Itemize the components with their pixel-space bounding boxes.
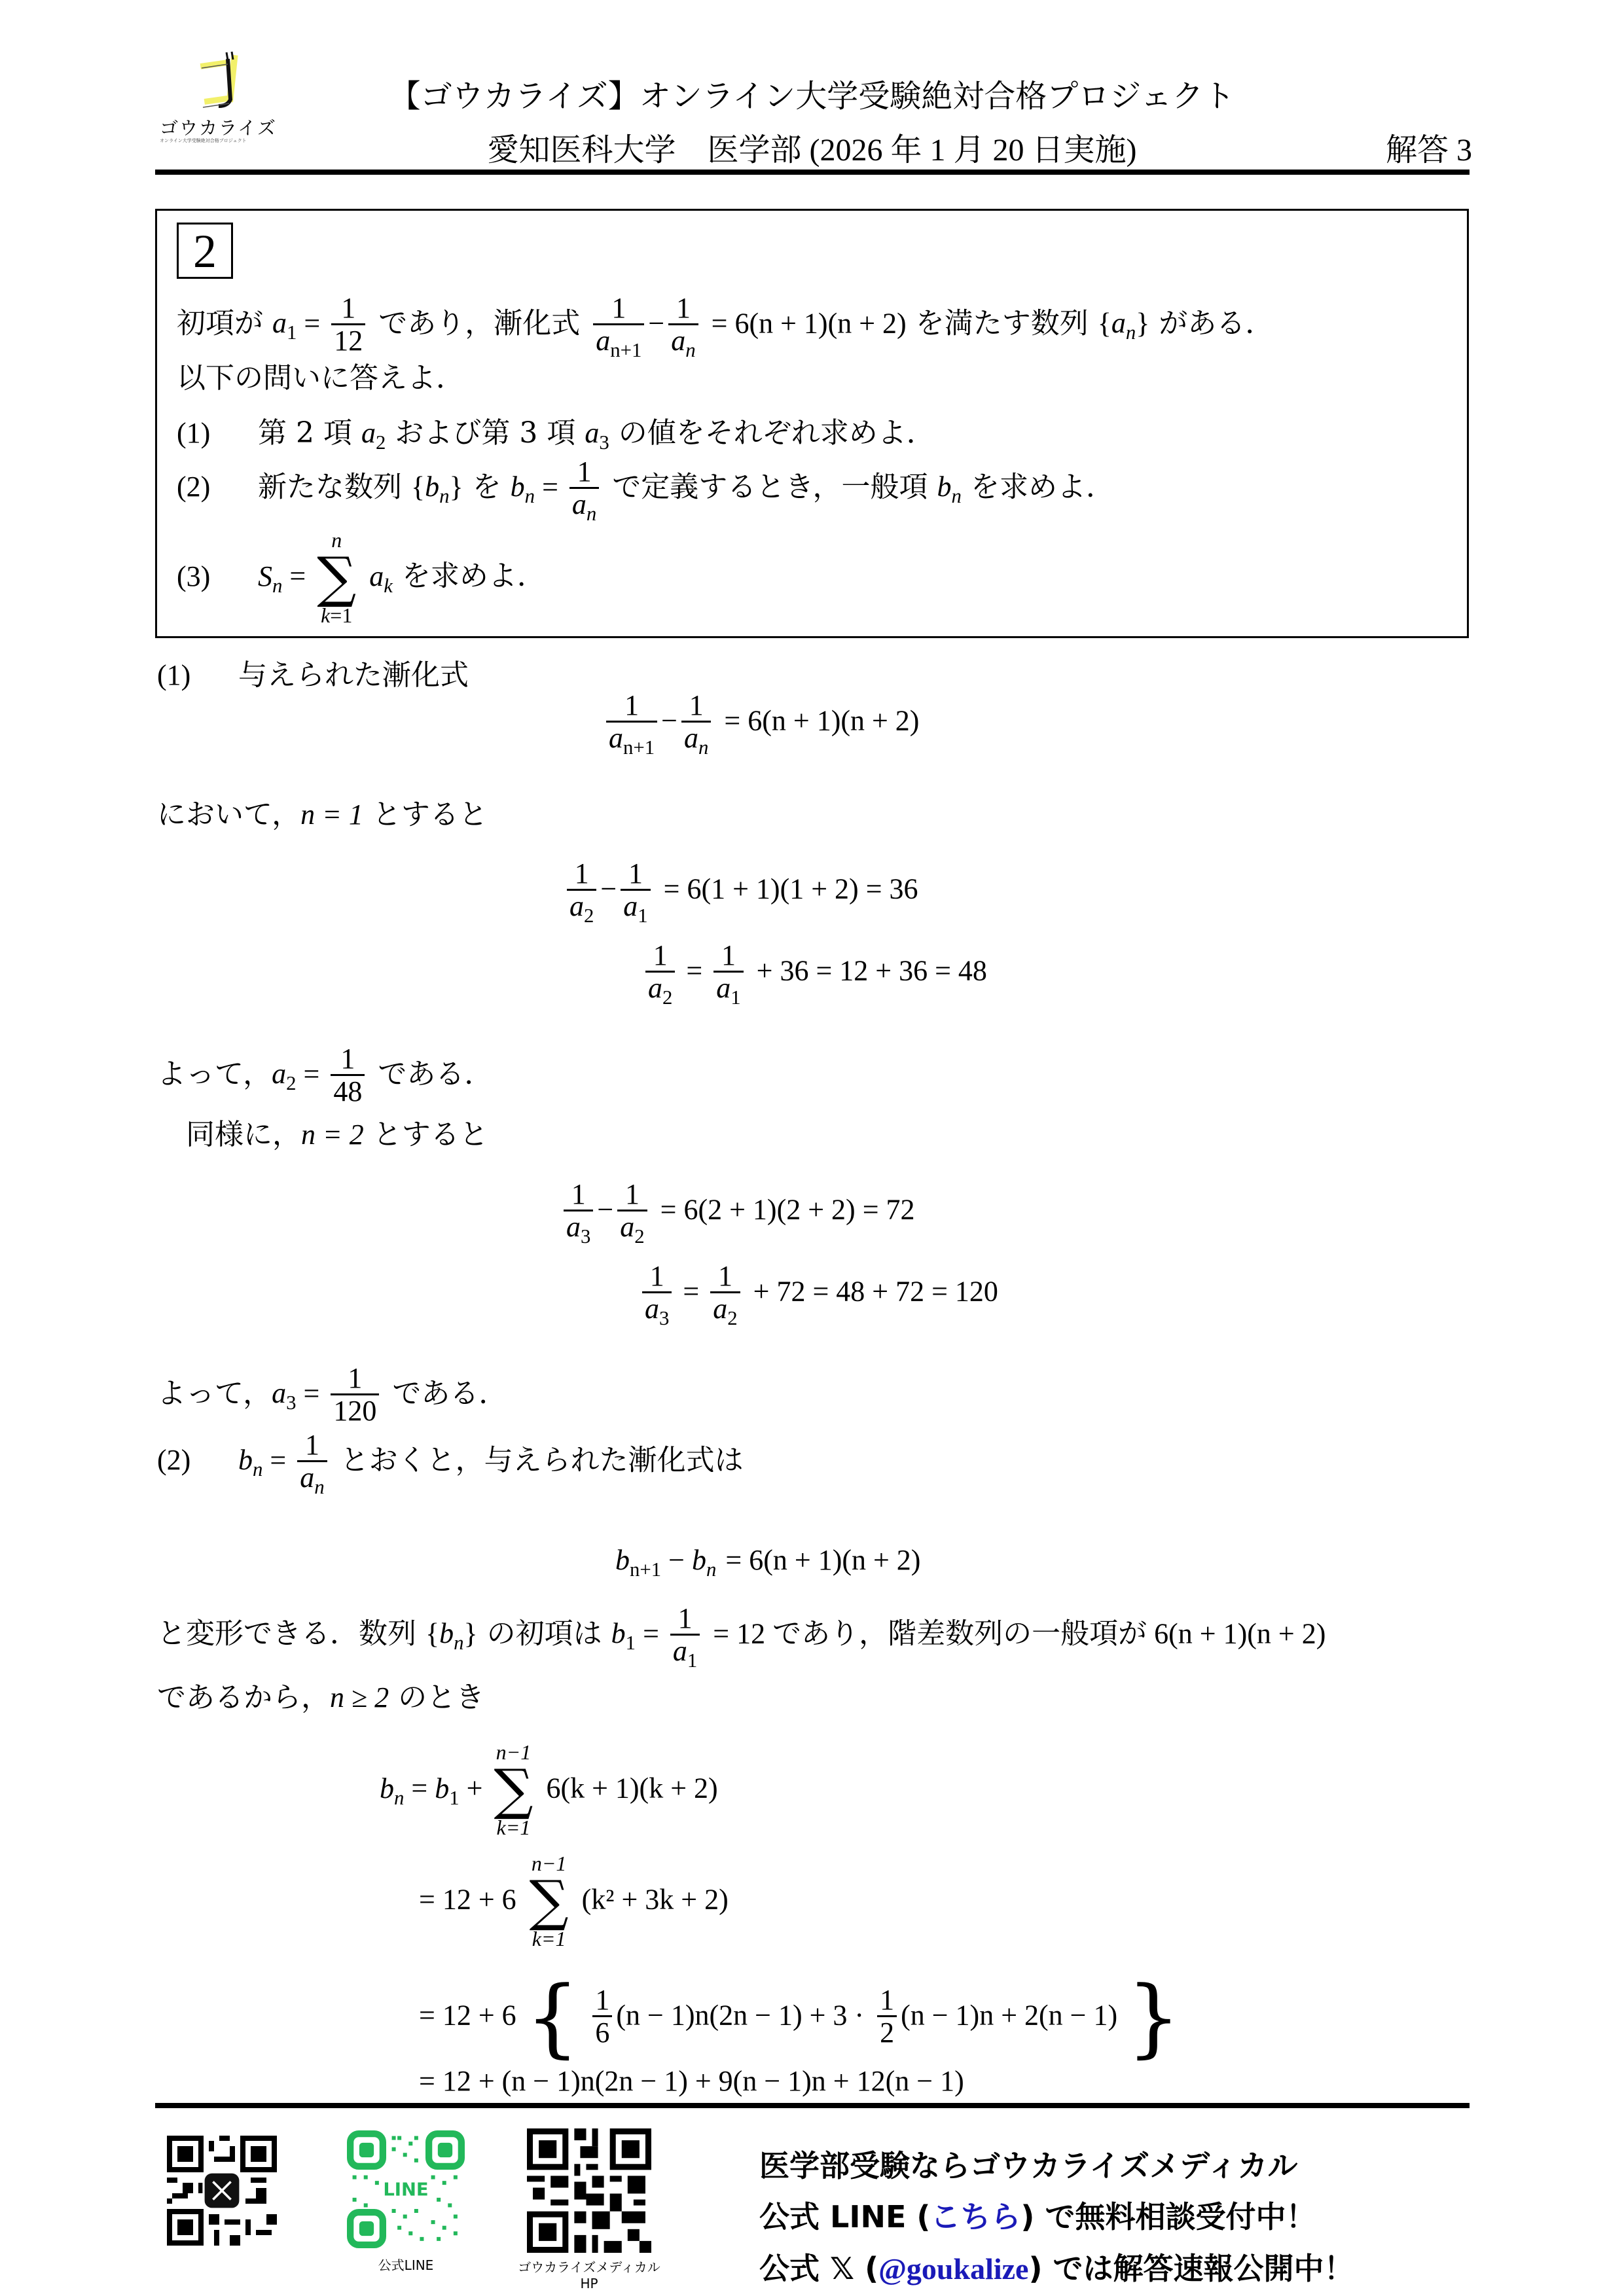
sum-step-4: = 12 + (n − 1)n(2n − 1) + 9(n − 1)n + 12… [419,2067,964,2096]
footer-promo: 医学部受験ならゴウカライズメディカル [759,2142,1297,2185]
svg-text:LINE: LINE [383,2179,428,2200]
x-account-link[interactable]: @goukalize [878,2252,1028,2286]
qr-x-icon [167,2135,277,2246]
question-1: (1) 第 2 項 a2 および第 3 項 a3 の値をそれぞれ求めよ． [177,419,935,448]
fraction-a1: 112 [331,293,365,357]
solution-1-intro: (1) 与えられた漸化式 [157,661,469,690]
sum-step-1: bn = b1 + n−1∑k=1 6(k + 1)(k + 2) [380,1741,718,1839]
solution-recurrence: 1an+1−1an = 6(n + 1)(n + 2) [602,691,919,755]
footer-rule [155,2103,1470,2108]
sum-step-3: = 12 + 6 { 16(n − 1)n(2n − 1) + 3 · 12(n… [419,1983,1181,2051]
solution-2-condition: であるから，n ≥ 2 のとき [157,1683,484,1712]
result-a3: よって，a3 = 1120 である． [157,1363,507,1427]
solution-2-text: と変形できる．数列 {bn} の初項は b1 = 1a1 = 12 であり，階差… [157,1604,1326,1668]
result-a2: よって，a2 = 148 である． [157,1044,493,1108]
header-title: 【ゴウカライズ】オンライン大学受験絶対合格プロジェクト [0,71,1624,116]
solution-n2: 同様に，n = 2 とすると [186,1121,488,1149]
footer-x-contact: 公式 𝕏 (@goukalize) では解答速報公開中！ [759,2245,1354,2288]
qr-code-x[interactable] [167,2135,277,2246]
problem-statement-line1: 初項が a1 = 112 であり，漸化式 1an+1−1an = 6(n + 1… [177,293,1274,357]
equation-2: 1a2 = 1a1 + 36 = 12 + 36 = 48 [641,941,987,1005]
question-2: (2) 新たな数列 {bn} を bn = 1an で定義するとき，一般項 bn… [177,457,1115,521]
solution-n1: において，n = 1 とすると [157,800,488,829]
qr-line-icon: LINE [347,2130,465,2248]
equation-4: 1a3 = 1a2 + 72 = 48 + 72 = 120 [638,1261,998,1325]
equation-1: 1a2−1a1 = 6(1 + 1)(1 + 2) = 36 [563,859,918,923]
page-label: 解答 3 [1386,124,1472,170]
qr-line-caption: 公式LINE [334,2255,478,2274]
qr-code-line[interactable]: LINE [347,2130,465,2248]
problem-number: 2 [177,223,233,279]
header-rule [155,170,1470,175]
footer-line-contact: 公式 LINE (こちら) で無料相談受付中！ [759,2193,1316,2236]
qr-hp-caption: ゴウカライズメディカル HP [517,2257,661,2291]
solution-2-intro: (2) bn = 1an とおくと，与えられた漸化式は [157,1430,744,1494]
qr-hp-icon [527,2128,651,2253]
sum-step-2: = 12 + 6 n−1∑k=1 (k² + 3k + 2) [419,1852,729,1950]
equation-b-recurrence: bn+1 − bn = 6(n + 1)(n + 2) [615,1546,920,1575]
equation-3: 1a3−1a2 = 6(2 + 1)(2 + 2) = 72 [560,1179,915,1244]
line-link[interactable]: こちら [930,2199,1020,2234]
qr-code-hp[interactable] [527,2128,651,2253]
header-subtitle: 愛知医科大学 医学部 (2026 年 1 月 20 日実施) [0,124,1624,170]
question-3: (3) Sn = n∑k=1 ak を求めよ． [177,529,546,627]
problem-statement-line2: 以下の問いに答えよ． [177,364,465,393]
